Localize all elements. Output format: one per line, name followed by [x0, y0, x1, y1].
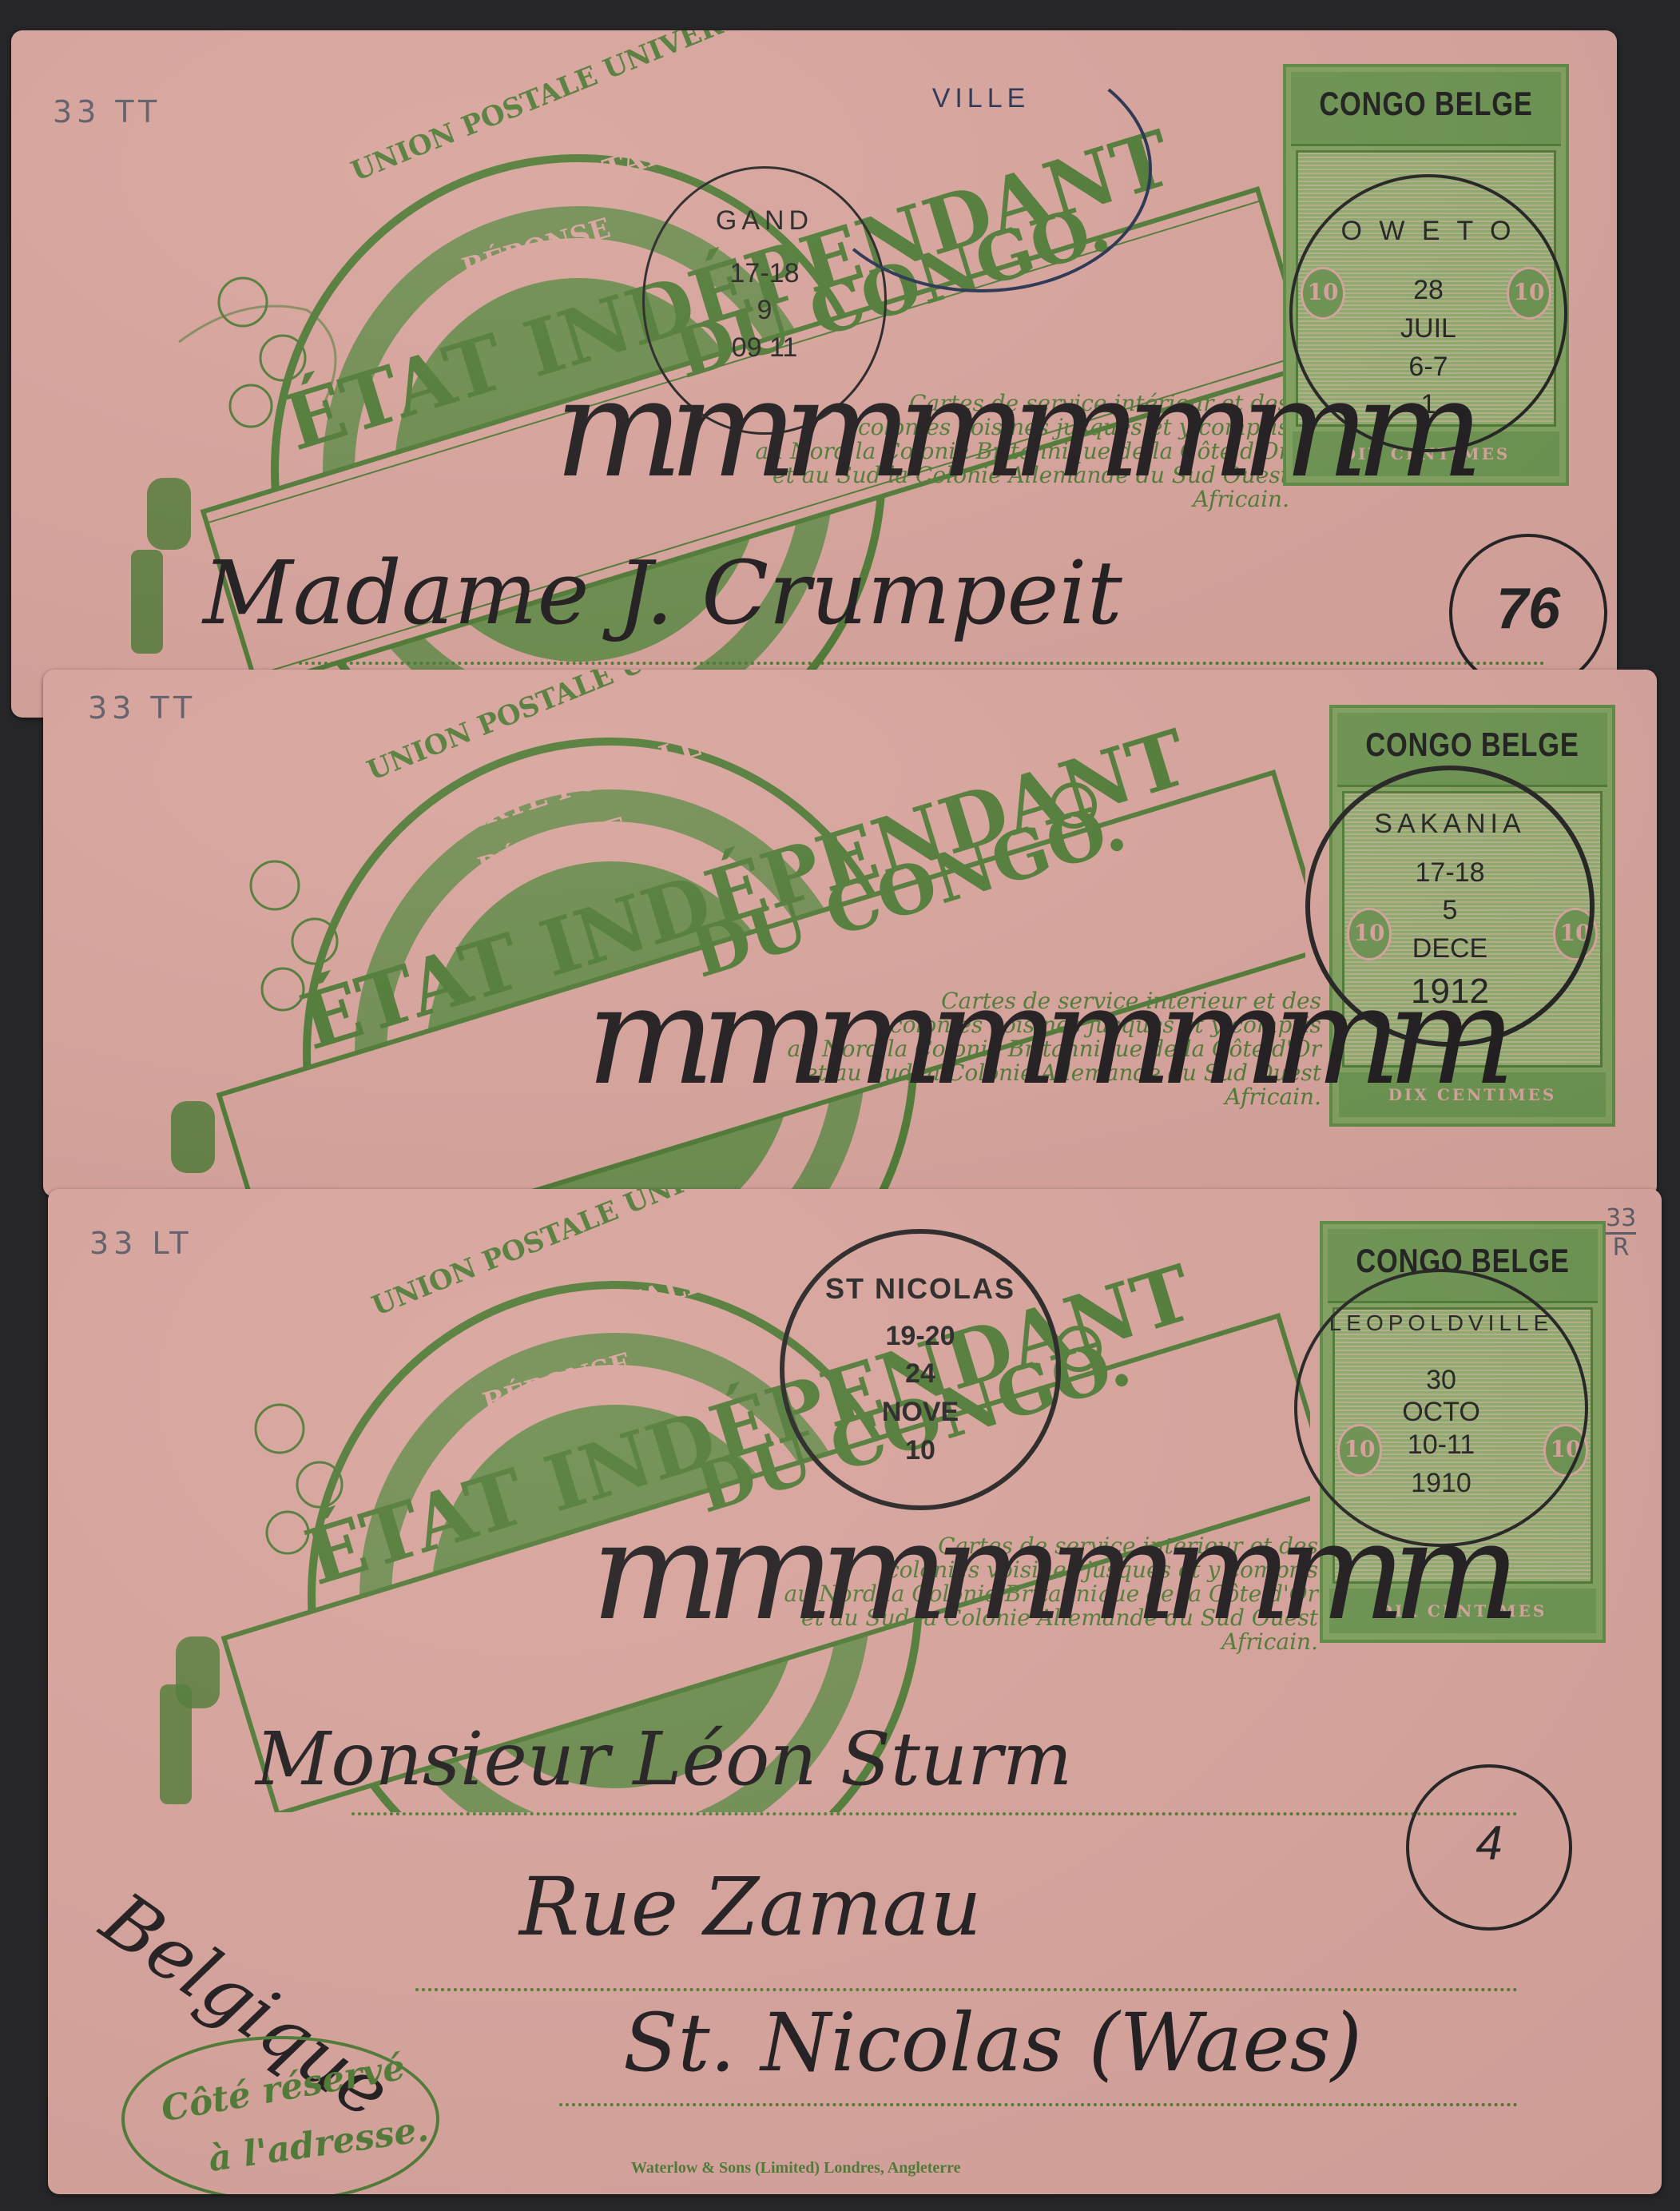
congo-belge-overprint: CONGO BELGE	[1358, 726, 1587, 764]
postmark-st-nicolas: ST NICOLAS 19-20 24 NOVE 10	[780, 1229, 1061, 1510]
congo-belge-overprint: CONGO BELGE	[1312, 85, 1541, 123]
printer-imprint: Waterlow & Sons (Limited) Londres, Angle…	[631, 2159, 961, 2177]
corner-note-letter: R	[1606, 1235, 1636, 1262]
address-dotted-line	[299, 662, 1545, 665]
circled-number-76: 76	[1449, 534, 1607, 692]
postmark-line: 30	[1297, 1365, 1585, 1396]
postmark-city: VILLE	[813, 83, 1149, 114]
address-dotted-line-2	[415, 1988, 1518, 1991]
postmark-blue-ville: VILLE	[810, 46, 1152, 292]
postmark-line: NOVE	[784, 1397, 1056, 1428]
postmark-line: 28	[1293, 275, 1564, 306]
circled-mark: 4	[1406, 1764, 1572, 1931]
cancel-scribble: mmmmmmmm	[586, 957, 1502, 1115]
address-line-1: Madame J. Crumpeit	[203, 542, 1122, 644]
postmark-line: 17-18	[645, 258, 884, 289]
address-line-3: St. Nicolas (Waes)	[623, 1996, 1362, 2090]
address-dotted-line-1	[351, 1812, 1518, 1815]
circled-mark-value: 4	[1409, 1815, 1569, 1871]
cancel-scribble: mmmmmmmm	[591, 1493, 1507, 1651]
circled-number: 76	[1452, 576, 1604, 642]
address-dotted-line-3	[559, 2103, 1518, 2106]
postmark-line: 17-18	[1310, 857, 1590, 889]
address-line-1: Monsieur Léon Sturm	[256, 1716, 1072, 1802]
postmark-line: 10-11	[1297, 1430, 1585, 1461]
postmark-line: 9	[645, 295, 884, 326]
postmark-line: 5	[1310, 895, 1590, 926]
postmark-line: 24	[784, 1358, 1056, 1390]
postmark-line: 10	[784, 1435, 1056, 1466]
postmark-city: SAKANIA	[1310, 809, 1590, 840]
postmark-line: 19-20	[784, 1321, 1056, 1352]
postal-card-1: 33 TT ÉTAT INDÉPENDANT DU CONGO. UNION P…	[11, 30, 1617, 718]
postmark-city: ST NICOLAS	[784, 1272, 1056, 1306]
address-line-2: Rue Zamau	[519, 1860, 982, 1954]
postmark-line: OCTO	[1297, 1397, 1585, 1428]
pencil-corner-note: 33 R	[1606, 1205, 1636, 1262]
cancel-scribble: mmmmmmmm	[554, 350, 1470, 508]
corner-note-number: 33	[1606, 1205, 1636, 1235]
postmark-line: JUIL	[1293, 313, 1564, 344]
postmark-city: O W E T O	[1293, 216, 1564, 247]
postal-card-2: 33 TT ÉTAT INDÉPENDANT DU CONGO. UNION P…	[43, 670, 1657, 1197]
postmark-city: LEOPOLDVILLE	[1297, 1310, 1585, 1336]
postal-card-3: 33 LT 33 R ÉTAT INDÉPENDANT DU CONGO. UN…	[48, 1189, 1662, 2194]
